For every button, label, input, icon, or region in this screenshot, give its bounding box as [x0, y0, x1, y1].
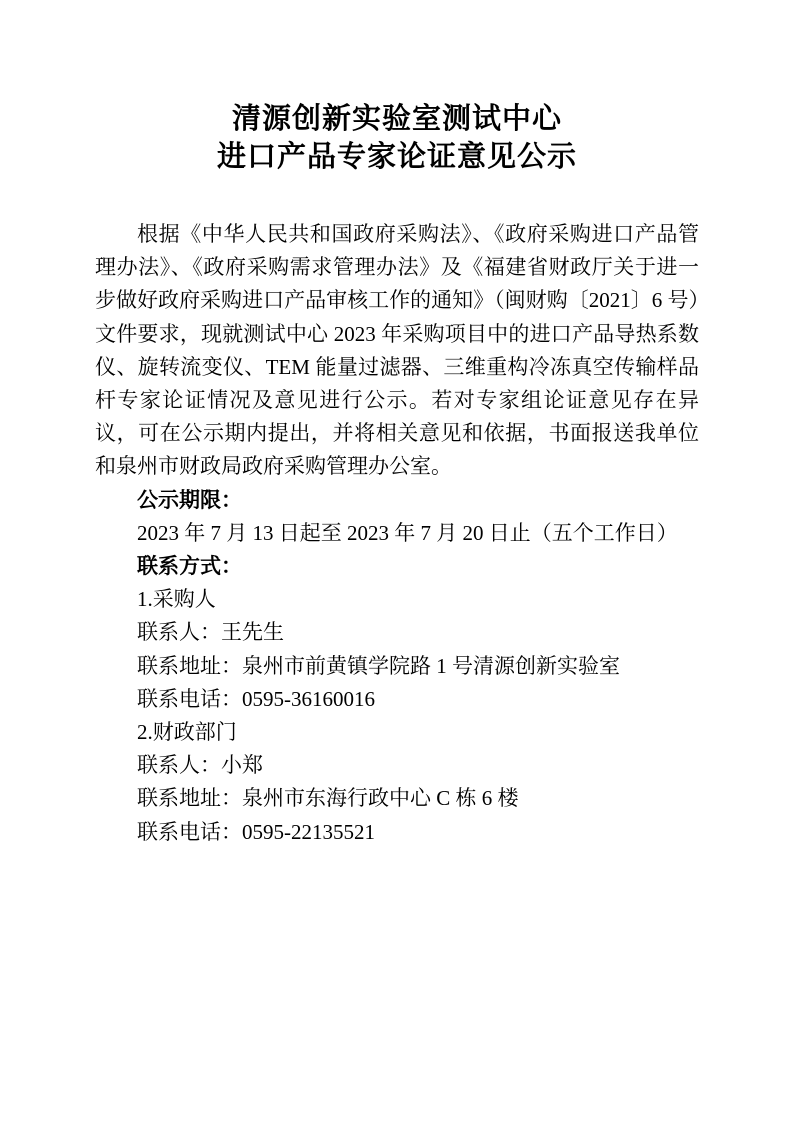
contact-2-phone: 联系电话：0595-22135521 [95, 816, 699, 849]
contact-1-phone: 联系电话：0595-36160016 [95, 683, 699, 716]
intro-paragraph: 根据《中华人民共和国政府采购法》、《政府采购进口产品管理办法》、《政府采购需求管… [95, 218, 699, 484]
document-title-line2: 进口产品专家论证意见公示 [95, 138, 699, 176]
document-title-line1: 清源创新实验室测试中心 [95, 100, 699, 138]
contact-2-heading: 2.财政部门 [95, 716, 699, 749]
contact-1-person: 联系人：王先生 [95, 616, 699, 649]
contact-1-heading: 1.采购人 [95, 583, 699, 616]
contact-1-address: 联系地址：泉州市前黄镇学院路 1 号清源创新实验室 [95, 650, 699, 683]
document-title: 清源创新实验室测试中心 进口产品专家论证意见公示 [95, 100, 699, 176]
notice-period-value: 2023 年 7 月 13 日起至 2023 年 7 月 20 日止（五个工作日… [95, 517, 699, 550]
document-page: 清源创新实验室测试中心 进口产品专家论证意见公示 根据《中华人民共和国政府采购法… [0, 0, 793, 1122]
contact-2-person: 联系人：小郑 [95, 749, 699, 782]
contact-2-address: 联系地址：泉州市东海行政中心 C 栋 6 楼 [95, 782, 699, 815]
contact-section-label: 联系方式： [95, 550, 699, 583]
notice-period-label: 公示期限： [95, 484, 699, 517]
document-body: 根据《中华人民共和国政府采购法》、《政府采购进口产品管理办法》、《政府采购需求管… [95, 218, 699, 849]
